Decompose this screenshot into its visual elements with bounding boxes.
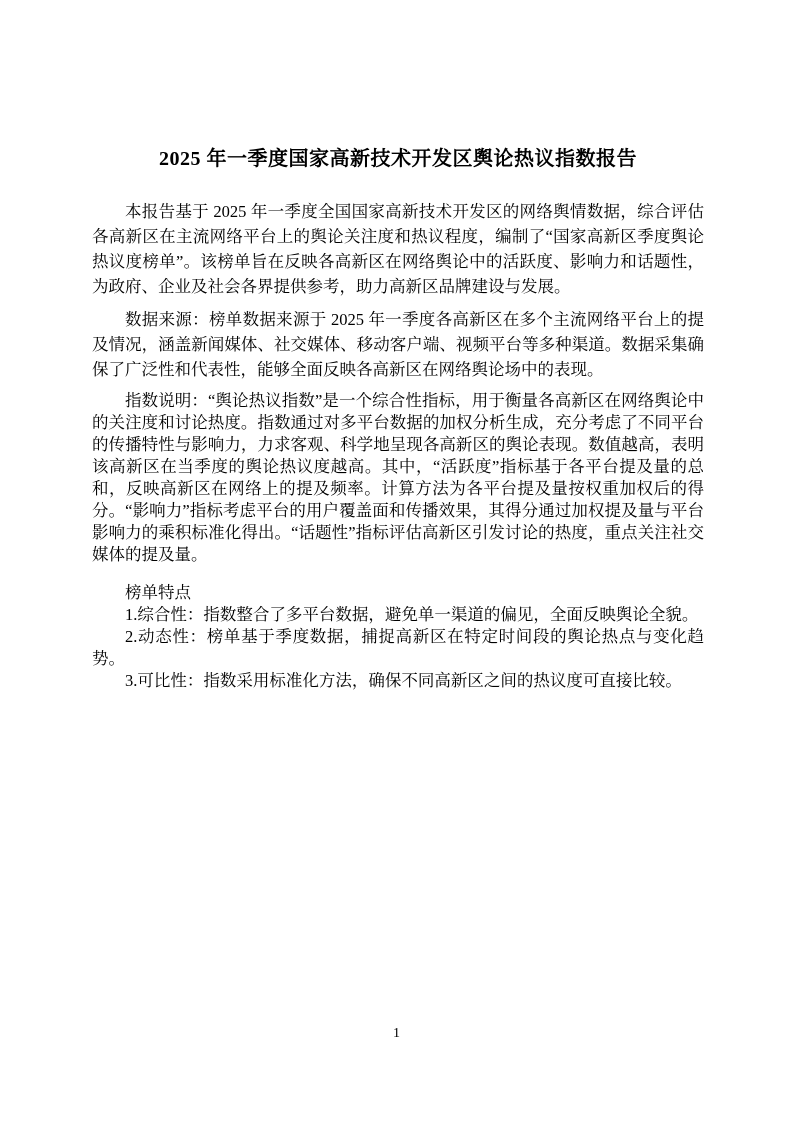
index-description-paragraph: 指数说明：“舆论热议指数”是一个综合性指标，用于衡量各高新区在网络舆论中的关注度… bbox=[92, 390, 704, 566]
features-heading: 榜单特点 bbox=[92, 582, 704, 604]
feature-item-comparable: 3.可比性：指数采用标准化方法，确保不同高新区之间的热议度可直接比较。 bbox=[92, 670, 704, 692]
document-title: 2025 年一季度国家高新技术开发区舆论热议指数报告 bbox=[92, 145, 704, 173]
page-number: 1 bbox=[0, 1026, 793, 1042]
document-content: 2025 年一季度国家高新技术开发区舆论热议指数报告 本报告基于 2025 年一… bbox=[0, 0, 793, 692]
feature-item-dynamic: 2.动态性：榜单基于季度数据，捕捉高新区在特定时间段的舆论热点与变化趋势。 bbox=[92, 626, 704, 670]
intro-paragraph: 本报告基于 2025 年一季度全国国家高新技术开发区的网络舆情数据，综合评估各高… bbox=[92, 199, 704, 299]
feature-item-comprehensive: 1.综合性：指数整合了多平台数据，避免单一渠道的偏见，全面反映舆论全貌。 bbox=[92, 604, 704, 626]
document-page: 2025 年一季度国家高新技术开发区舆论热议指数报告 本报告基于 2025 年一… bbox=[0, 0, 793, 1122]
data-source-paragraph: 数据来源：榜单数据来源于 2025 年一季度各高新区在多个主流网络平台上的提及情… bbox=[92, 307, 704, 382]
